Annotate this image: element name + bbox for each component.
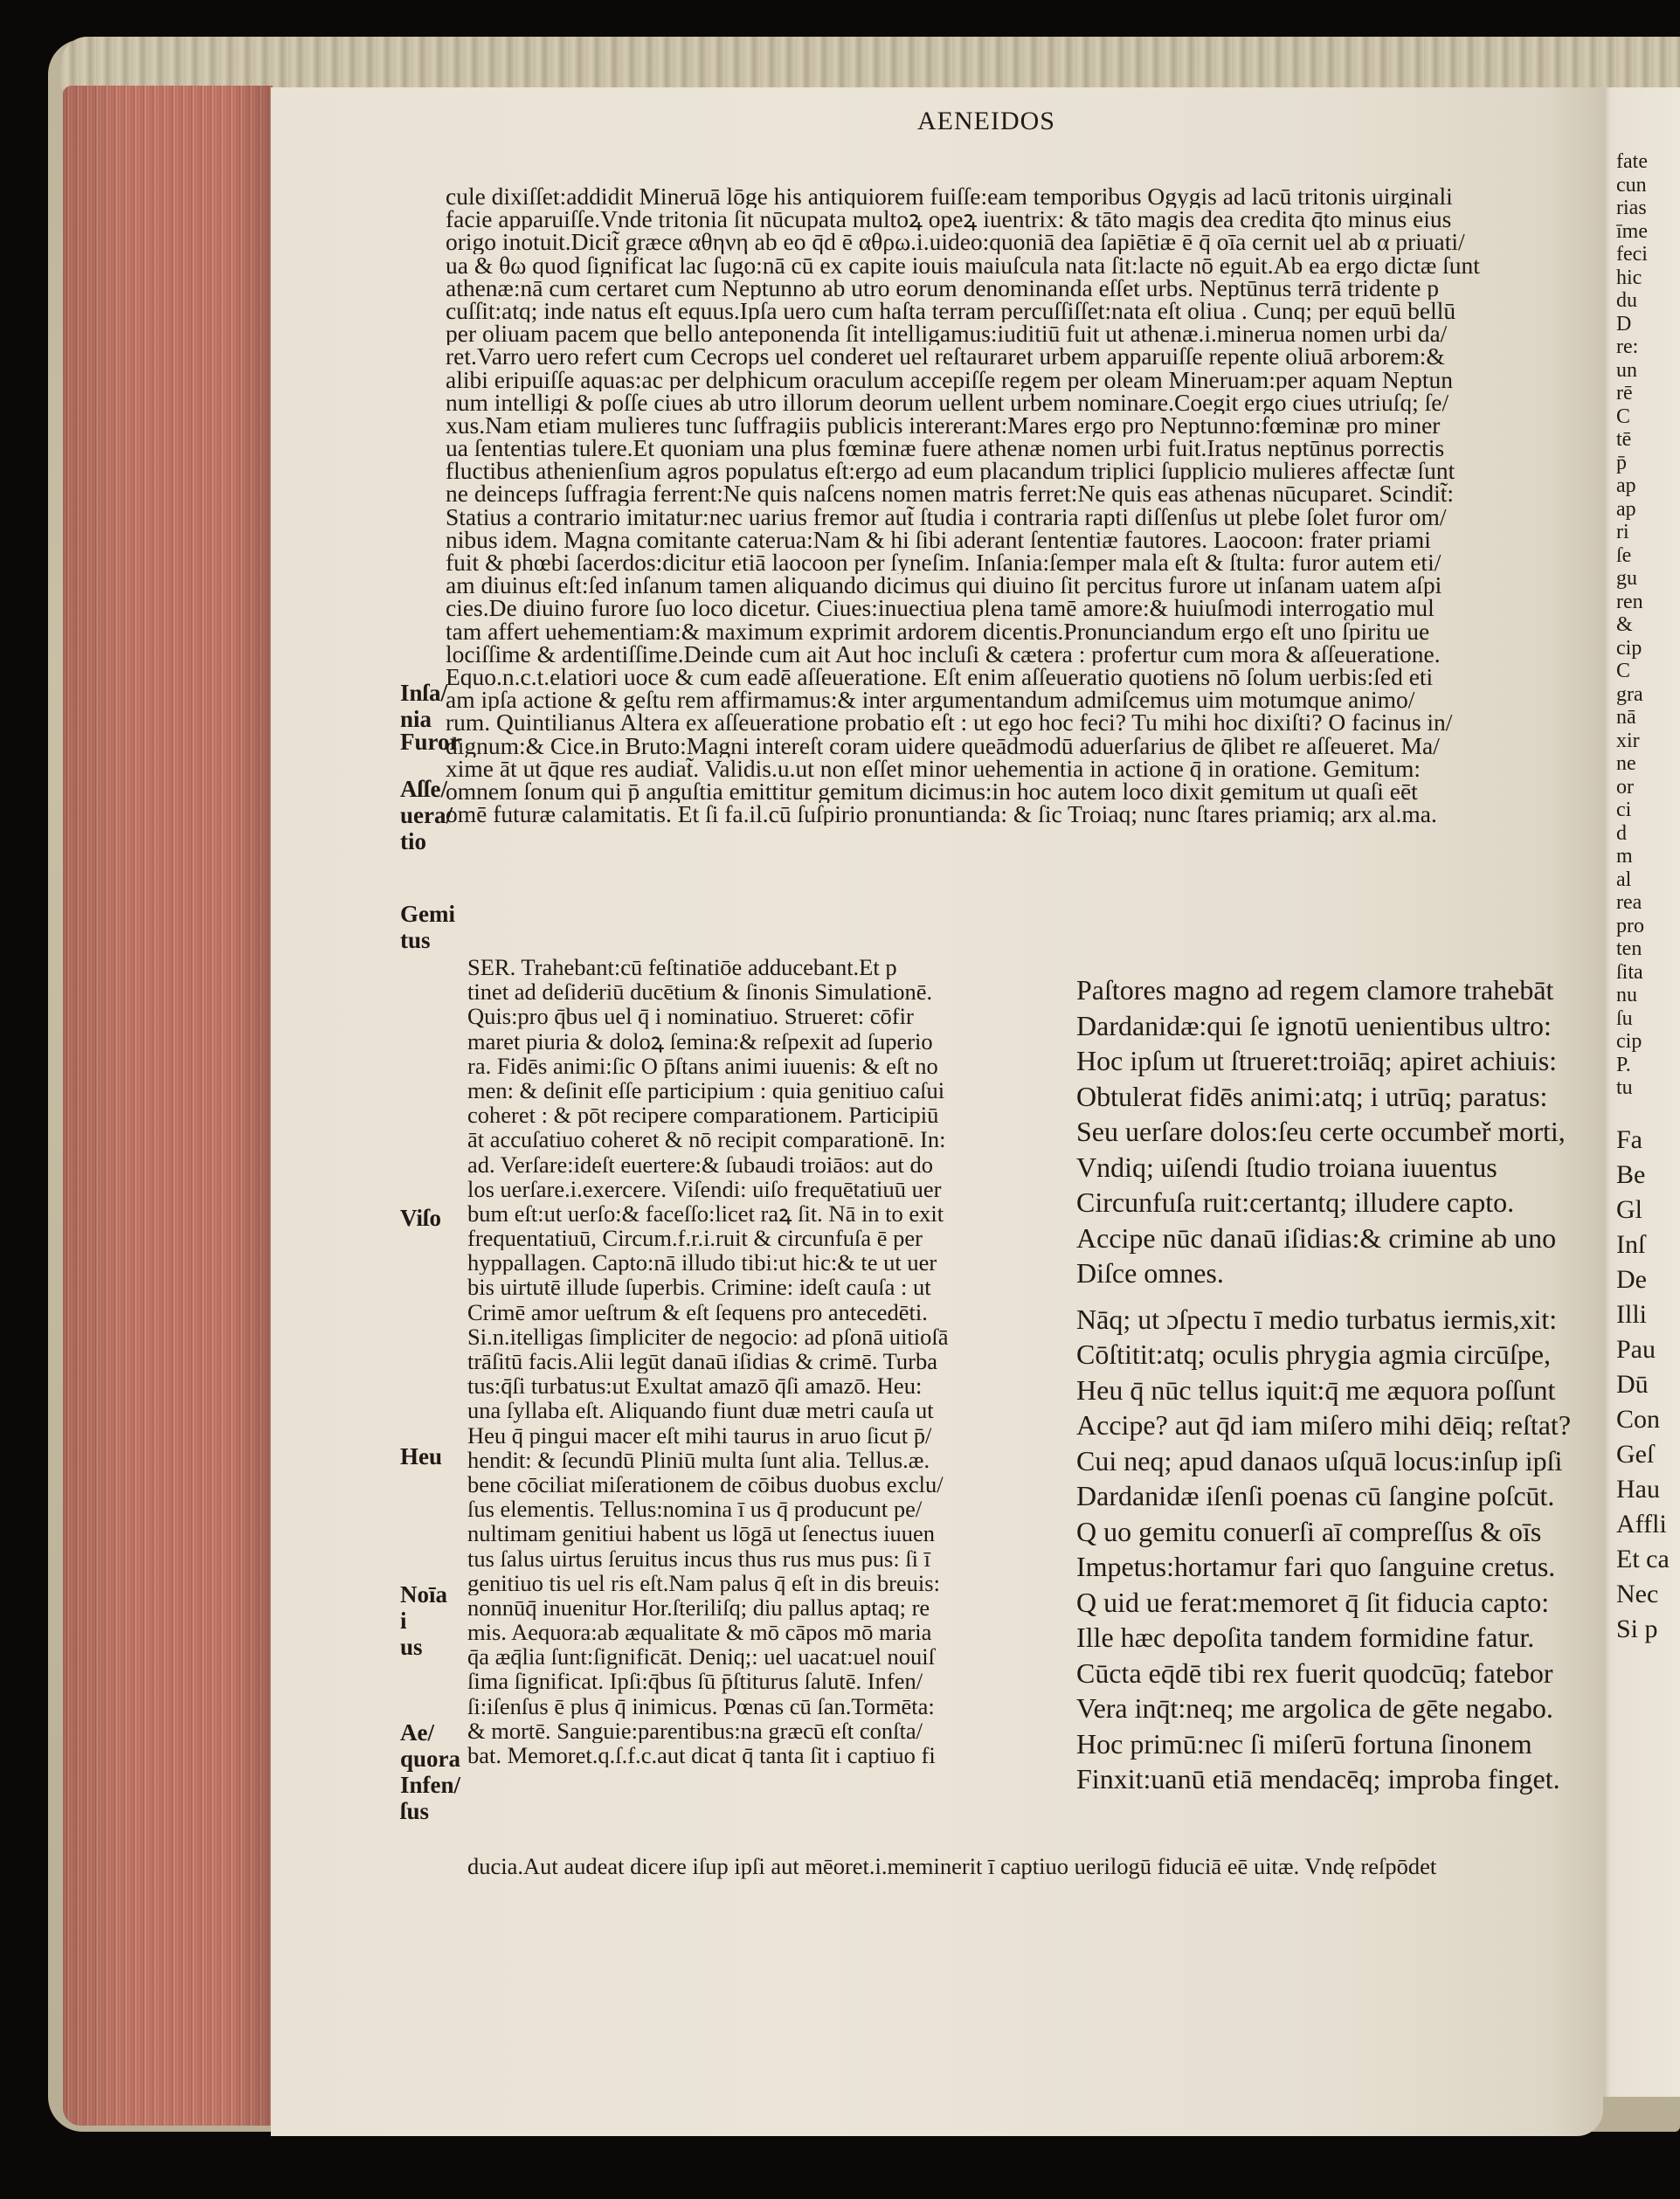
facing-fragment: ap xyxy=(1616,474,1670,498)
facing-fragment: tu xyxy=(1616,1076,1670,1100)
facing-fragment: ne xyxy=(1616,752,1670,776)
text-line: nonnūq̄ inuenitur Hor.ſteriliſq; diu pal… xyxy=(467,1595,1070,1620)
text-line: bum eſt:ut uerſo:& faceſſo:licet raꝝ ſit… xyxy=(467,1201,1070,1226)
facing-fragment: Affli xyxy=(1616,1507,1670,1542)
facing-fragment: C xyxy=(1616,660,1670,683)
facing-fragment: De xyxy=(1616,1262,1670,1297)
text-line: nultimam genitiui habent us lōgā ut ſene… xyxy=(467,1521,1070,1546)
verse-line: Q uid ue ferat:memoret q̄ ſit fiducia ca… xyxy=(1076,1585,1600,1621)
text-line: nibus idem. Magna comitante caterua:Nam … xyxy=(446,529,1573,551)
text-line: ret.Varro uero refert cum Cecrops uel co… xyxy=(446,345,1573,368)
text-line: tus:q̄ſi turbatus:ut Exultat amazō q̄ſi … xyxy=(467,1373,1070,1398)
verse-line: Finxit:uanū etiā mendacēq; improba finge… xyxy=(1076,1761,1600,1797)
facing-fragment: Hau xyxy=(1616,1472,1670,1507)
facing-fragment: nu xyxy=(1616,984,1670,1007)
text-line: los uerſare.i.exercere. Viſendi: uiſo fr… xyxy=(467,1177,1070,1201)
marginal-note: Viſo xyxy=(400,1205,441,1231)
facing-fragment: cip xyxy=(1616,1030,1670,1054)
facing-fragment: cun xyxy=(1616,174,1670,197)
text-line: āt accuſatiuo coheret & nō recipit compa… xyxy=(467,1127,1070,1151)
marginal-note: Noīaius xyxy=(400,1581,447,1660)
verse-line: Dardanidæ:qui ſe ignotū uenientibus ultr… xyxy=(1076,1008,1600,1044)
text-line: ſi:iſenſus ē plus q̄ inimicus. Pœnas cū … xyxy=(467,1694,1070,1718)
text-line: Heu q̄ pingui macer eſt mihi taurus in a… xyxy=(467,1423,1070,1448)
facing-fragment: ſu xyxy=(1616,1007,1670,1031)
verse-line: Vera inq̄t:neq; me argolica de gēte nega… xyxy=(1076,1691,1600,1726)
text-line: SER. Trahebant:cū feſtinatiōe adducebant… xyxy=(467,955,1070,979)
text-line: lociſſime & ardentiſſime.Deinde cum ait … xyxy=(446,643,1573,666)
verse-line: Seu uerſare dolos:ſeu certe occumbeř mor… xyxy=(1076,1114,1600,1150)
text-line: Equo.n.c.t.elatiori uoce & cum eadē aſſe… xyxy=(446,666,1573,688)
text-line: facie apparuiſſe.Vnde tritonia ſit nūcup… xyxy=(446,208,1573,231)
verse-text-block: Paſtores magno ad regem clamore trahebāt… xyxy=(1076,972,1600,1797)
facing-fragment: d xyxy=(1616,822,1670,846)
facing-fragment: gra xyxy=(1616,683,1670,707)
facing-fragment: m xyxy=(1616,845,1670,868)
verse-line: Accipe? aut q̄d iam miſero mihi dēiq; re… xyxy=(1076,1407,1600,1443)
text-line: fluctibus athenienſium agros populatus e… xyxy=(446,460,1573,482)
facing-fragment: ap xyxy=(1616,498,1670,522)
text-line: hyppallagen. Capto:nā illudo tibi:ut hic… xyxy=(467,1250,1070,1275)
facing-fragment: rea xyxy=(1616,891,1670,915)
text-line: ad. Verſare:ideſt euertere:& ſubaudi tro… xyxy=(467,1152,1070,1177)
facing-fragment: īme xyxy=(1616,220,1670,244)
facing-fragment: xir xyxy=(1616,730,1670,753)
binding-headcap xyxy=(61,37,1680,89)
marginal-note: Ae/quoraInfen/ſus xyxy=(400,1719,460,1824)
facing-fragment: rias xyxy=(1616,197,1670,220)
text-line: ua & θω quod ſignificat lac ſugo:nā cū e… xyxy=(446,254,1573,277)
text-line: cule dixiſſet:addidit Mineruā lōge his a… xyxy=(446,185,1573,208)
text-line: omnem ſonum qui p̄ anguſtia emittitur ge… xyxy=(446,780,1573,803)
verse-line: Cui neq; apud danaos uſquā locus:inſup i… xyxy=(1076,1443,1600,1479)
marginal-note: Inſa/nia xyxy=(400,680,447,732)
text-line: tus ſalus uirtus ſeruitus incus thus rus… xyxy=(467,1546,1070,1571)
text-line: ne deinceps ſuffragia ferrent:Ne quis na… xyxy=(446,482,1573,505)
commentary-block-left: SER. Trahebant:cū feſtinatiōe adducebant… xyxy=(467,955,1070,1767)
text-line: & mortē. Sanguie:parentibus:na græcū eſt… xyxy=(467,1718,1070,1743)
facing-fragment xyxy=(1616,1100,1670,1124)
facing-fragment: C xyxy=(1616,405,1670,429)
facing-page-text: fatecunriasīmefecihicduDre:unrēCtēp̄apap… xyxy=(1616,150,1670,1647)
text-line: alibi eripuiſſe aquas:ac per delphicum o… xyxy=(446,369,1573,391)
facing-fragment: ſita xyxy=(1616,961,1670,985)
facing-fragment: p̄ xyxy=(1616,452,1670,475)
text-line: bat. Memoret.q.ſ.f.c.aut dicat q̄ tanta … xyxy=(467,1743,1070,1767)
facing-fragment: ci xyxy=(1616,799,1670,822)
text-line: bis uirtutē illude ſuperbis. Crimine: id… xyxy=(467,1275,1070,1299)
text-line: rum. Quintilianus Altera ex aſſeueration… xyxy=(446,711,1573,734)
facing-fragment: ſe xyxy=(1616,544,1670,568)
marginal-note: Aſſe/uera/tio xyxy=(400,776,453,854)
facing-fragment: Con xyxy=(1616,1402,1670,1437)
facing-fragment: Illi xyxy=(1616,1297,1670,1332)
text-line: trāſitū facis.Alii legūt danaū iſidias &… xyxy=(467,1349,1070,1373)
facing-fragment: re: xyxy=(1616,335,1670,359)
facing-fragment: pro xyxy=(1616,915,1670,938)
facing-fragment: gu xyxy=(1616,567,1670,591)
facing-fragment: hic xyxy=(1616,266,1670,290)
facing-fragment: P. xyxy=(1616,1054,1670,1077)
verse-line: Hoc primū:nec ſi miſerū fortuna ſinonem xyxy=(1076,1726,1600,1762)
verse-gap xyxy=(1076,1291,1600,1302)
text-line: xime āt ut q̄que res audiat̃. Validis.u.… xyxy=(446,757,1573,780)
text-line: am diuinus eſt:ſed inſanum tamen aliquan… xyxy=(446,574,1573,597)
verse-line: Q uo gemitu conuerſi aī compreſſus & oīs xyxy=(1076,1514,1600,1550)
text-line: mis. Aequora:ab æqualitate & mō cāpos mō… xyxy=(467,1620,1070,1644)
text-line: tinet ad deſideriū ducētium & ſinonis Si… xyxy=(467,979,1070,1004)
text-line: genitiuo tis uel ris eſt.Nam palus q̄ eſ… xyxy=(467,1571,1070,1595)
facing-fragment: fate xyxy=(1616,150,1670,174)
text-line: num intelligi & poſſe ciues ab utro illo… xyxy=(446,391,1573,414)
text-line: ua ſententias tulere.Et quoniam una plus… xyxy=(446,437,1573,460)
facing-fragment: Fa xyxy=(1616,1123,1670,1158)
text-line: ſus elementis. Tellus:nomina ī us q̄ pro… xyxy=(467,1497,1070,1521)
facing-fragment: Geſ xyxy=(1616,1437,1670,1472)
text-line: hendit: & ſecundū Pliniū multa ſunt alia… xyxy=(467,1448,1070,1472)
facing-fragment: feci xyxy=(1616,243,1670,266)
facing-fragment: nā xyxy=(1616,706,1670,730)
verse-line: Vndiq; uiſendi ſtudio troiana iuuentus xyxy=(1076,1150,1600,1186)
verse-line: Diſce omnes. xyxy=(1076,1255,1600,1291)
text-line: Quis:pro q̄bus uel q̄ i nominatiuo. Stru… xyxy=(467,1004,1070,1028)
facing-fragment: du xyxy=(1616,289,1670,313)
text-line: Si.n.itelligas ſimpliciter de negocio: a… xyxy=(467,1324,1070,1349)
text-line: Statius a contrario imitatur:nec uarius … xyxy=(446,506,1573,529)
text-line: origo inotuit.Dicit̃ græce αθηνη ab eo q… xyxy=(446,231,1573,253)
text-line: frequentatiuū, Circum.f.r.i.ruit & circu… xyxy=(467,1226,1070,1250)
facing-fragment: tē xyxy=(1616,428,1670,452)
commentary-block-top: cule dixiſſet:addidit Mineruā lōge his a… xyxy=(446,185,1573,826)
facing-fragment: Et ca xyxy=(1616,1542,1670,1577)
marginal-note: Heu xyxy=(400,1443,442,1469)
text-line: omē futuræ calamitatis. Et ſi fa.il.cū ſ… xyxy=(446,803,1573,826)
text-line: maret piuria & doloꝝ ſemina:& reſpexit a… xyxy=(467,1029,1070,1054)
text-line: tam affert uehementiam:& maximum exprimi… xyxy=(446,620,1573,643)
text-line: ra. Fidēs animi:ſic O p̄ſtans animi iuue… xyxy=(467,1054,1070,1078)
verse-line: Accipe nūc danaū iſidias:& crimine ab un… xyxy=(1076,1221,1600,1256)
text-line: bene cōciliat miſerationem de cōibus duo… xyxy=(467,1472,1070,1497)
text-line: coheret : & pōt recipere comparationem. … xyxy=(467,1103,1070,1127)
text-line: cuſſit:atq; inde natus eſt equus.Ipſa ue… xyxy=(446,300,1573,322)
verse-line: Dardanidæ iſenſi poenas cū ſangine poſcū… xyxy=(1076,1478,1600,1514)
verse-line: Obtulerat fidēs animi:atq; i utrūq; para… xyxy=(1076,1079,1600,1115)
facing-fragment: or xyxy=(1616,776,1670,799)
text-line: fuit & phœbi ſacerdos:dicitur etiā laoco… xyxy=(446,551,1573,574)
text-line: q̄a æq̄lia ſunt:ſignificāt. Deniq;: uel … xyxy=(467,1644,1070,1669)
running-head: AENEIDOS xyxy=(917,107,1055,136)
verse-line: Hoc ipſum ut ſtrueret:troiāq; apiret ach… xyxy=(1076,1043,1600,1079)
verse-line: Heu q̄ nūc tellus iquit:q̄ me æquora poſ… xyxy=(1076,1373,1600,1408)
facing-fragment: & xyxy=(1616,613,1670,637)
text-line: athenæ:nā cum certaret cum Neptunno ab u… xyxy=(446,277,1573,300)
facing-fragment: Be xyxy=(1616,1158,1670,1193)
facing-fragment: cip xyxy=(1616,637,1670,660)
facing-fragment: Dū xyxy=(1616,1367,1670,1402)
commentary-closing-line: ducia.Aut audeat dicere iſup ipſi aut mē… xyxy=(467,1853,1436,1880)
marginal-note: Gemitus xyxy=(400,901,455,953)
facing-fragment: Pau xyxy=(1616,1332,1670,1367)
facing-fragment: al xyxy=(1616,868,1670,892)
facing-fragment: Gl xyxy=(1616,1193,1670,1227)
verse-line: Impetus:hortamur fari quo ſanguine cretu… xyxy=(1076,1549,1600,1585)
text-line: men: & deſinit eſſe participium : quia g… xyxy=(467,1078,1070,1103)
facing-fragment: ri xyxy=(1616,521,1670,544)
verse-line: Nāq; ut ɔſpectu ī medio turbatus iermis,… xyxy=(1076,1302,1600,1338)
text-line: Crimē amor ueſtrum & eſt ſequens pro ant… xyxy=(467,1300,1070,1324)
fore-edge-shadow xyxy=(63,86,273,2126)
text-line: una ſyllaba eſt. Aliquando fiunt duæ met… xyxy=(467,1398,1070,1422)
facing-fragment: rē xyxy=(1616,382,1670,405)
facing-fragment: un xyxy=(1616,359,1670,383)
marginal-note: Furor xyxy=(400,729,460,755)
text-line: ſima ſignificat. Ipſi:q̄bus ſū p̄ſtituru… xyxy=(467,1669,1070,1693)
text-line: cies.De diuino furore ſuo loco dicetur. … xyxy=(446,597,1573,619)
facing-fragment: Si p xyxy=(1616,1612,1670,1647)
verse-line: Paſtores magno ad regem clamore trahebāt xyxy=(1076,972,1600,1008)
verse-line: Cōſtitit:atq; oculis phrygia agmia circū… xyxy=(1076,1337,1600,1373)
text-line: dignum:& Cice.in Bruto:Magni intereſt co… xyxy=(446,735,1573,757)
text-line: xus.Nam etiam mulieres tunc ſuffragiis p… xyxy=(446,414,1573,437)
verse-line: Ille hæc depoſita tandem formidine fatur… xyxy=(1076,1620,1600,1656)
facing-fragment: Nec xyxy=(1616,1577,1670,1612)
verse-line: Cūcta eq̄dē tibi rex fuerit quodcūq; fat… xyxy=(1076,1656,1600,1691)
facing-fragment: Inſ xyxy=(1616,1227,1670,1262)
text-line: per oliuam pacem que bello anteponenda ſ… xyxy=(446,322,1573,345)
verse-line: Circunfuſa ruit:certantq; illudere capto… xyxy=(1076,1185,1600,1221)
text-line: am ipſa actione & geſtu rem affirmamus:&… xyxy=(446,688,1573,711)
facing-fragment: ten xyxy=(1616,937,1670,961)
facing-fragment: ren xyxy=(1616,591,1670,614)
facing-fragment: D xyxy=(1616,313,1670,336)
